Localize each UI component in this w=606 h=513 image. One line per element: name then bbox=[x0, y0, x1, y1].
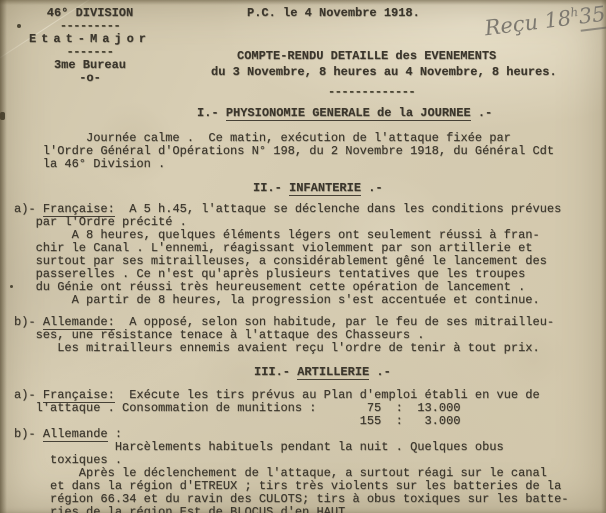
section-suffix: .- bbox=[471, 106, 493, 120]
section-title: ARTILLERIE bbox=[297, 365, 369, 380]
section-suffix: .- bbox=[369, 365, 391, 379]
section-title: INFANTERIE bbox=[289, 181, 361, 196]
scan-edge-shadow bbox=[0, 0, 606, 5]
handwritten-received-note: Reçu 18h35 bbox=[483, 0, 606, 41]
item-text: A 5 h.45, l'attaque se déclenche dans le… bbox=[115, 202, 561, 216]
section-title: PHYSIONOMIE GENERALE de la JOURNEE bbox=[226, 106, 471, 121]
scan-edge-shadow bbox=[601, 0, 606, 513]
item-text: Exécute les tirs prévus au Plan d'emploi… bbox=[115, 388, 540, 402]
text-line: Les mitrailleurs ennemis avaient reçu l'… bbox=[14, 342, 604, 355]
received-label: Reçu 18 bbox=[483, 6, 572, 40]
section-heading-1: I.- PHYSIONOMIE GENERALE de la JOURNEE .… bbox=[14, 107, 604, 120]
ink-speck bbox=[10, 285, 13, 288]
section-number: II.- bbox=[253, 181, 289, 195]
bureau-mark: -o- bbox=[15, 72, 165, 85]
pc-dateline: P.C. le 4 Novembre 1918. bbox=[247, 7, 420, 20]
document-subtitle: du 3 Novembre, 8 heures au 4 Novembre, 8… bbox=[211, 66, 557, 79]
section-heading-2: II.- INFANTERIE .- bbox=[14, 182, 604, 195]
text-line: ries de la région Est de BLOCUS d'en HAU… bbox=[14, 506, 604, 513]
section-number: I.- bbox=[197, 106, 226, 120]
item-text: : bbox=[108, 427, 122, 441]
item-label: b)- bbox=[14, 315, 43, 329]
text-line: la 46° Division . bbox=[14, 158, 604, 171]
section-suffix: .- bbox=[361, 181, 383, 195]
document-page: 46° DIVISION --------- Etat-Major ------… bbox=[0, 0, 606, 513]
item-label: a)- bbox=[14, 388, 43, 402]
section-heading-3: III.- ARTILLERIE .- bbox=[14, 366, 604, 379]
text-line: A partir de 8 heures, la progression s'e… bbox=[14, 294, 604, 307]
item-text: A opposé, selon son habitude, par le feu… bbox=[115, 315, 554, 329]
item-label: b)- bbox=[14, 427, 43, 441]
document-body: I.- PHYSIONOMIE GENERALE de la JOURNEE .… bbox=[14, 107, 604, 513]
scan-edge-shadow bbox=[0, 0, 7, 513]
ink-speck bbox=[17, 24, 21, 28]
title-dashed-rule: ------------- bbox=[328, 86, 415, 99]
item-label: a)- bbox=[14, 202, 43, 216]
section-number: III.- bbox=[254, 365, 297, 379]
letterhead-unit-block: 46° DIVISION --------- Etat-Major ------… bbox=[15, 7, 165, 85]
document-title: COMPTE-RENDU DETAILLE des EVENEMENTS bbox=[237, 50, 496, 63]
